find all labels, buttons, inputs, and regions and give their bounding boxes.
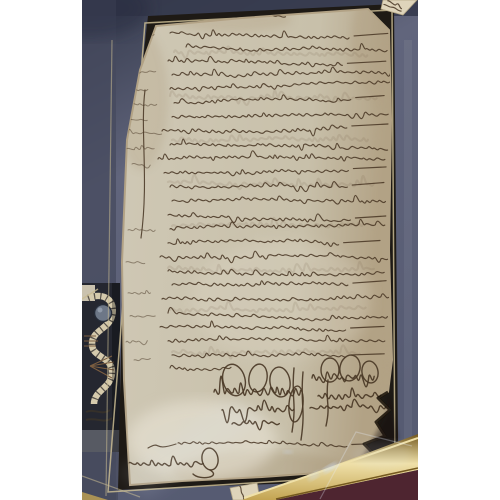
framed-manuscript-photo bbox=[82, 0, 418, 500]
glazing-reflection-band bbox=[404, 40, 412, 460]
engraving-print bbox=[82, 283, 120, 452]
glare-soft bbox=[352, 441, 412, 469]
engraving-sphere-highlight bbox=[98, 308, 103, 313]
glare-glint-3 bbox=[283, 450, 293, 454]
photo-canvas bbox=[82, 0, 418, 500]
